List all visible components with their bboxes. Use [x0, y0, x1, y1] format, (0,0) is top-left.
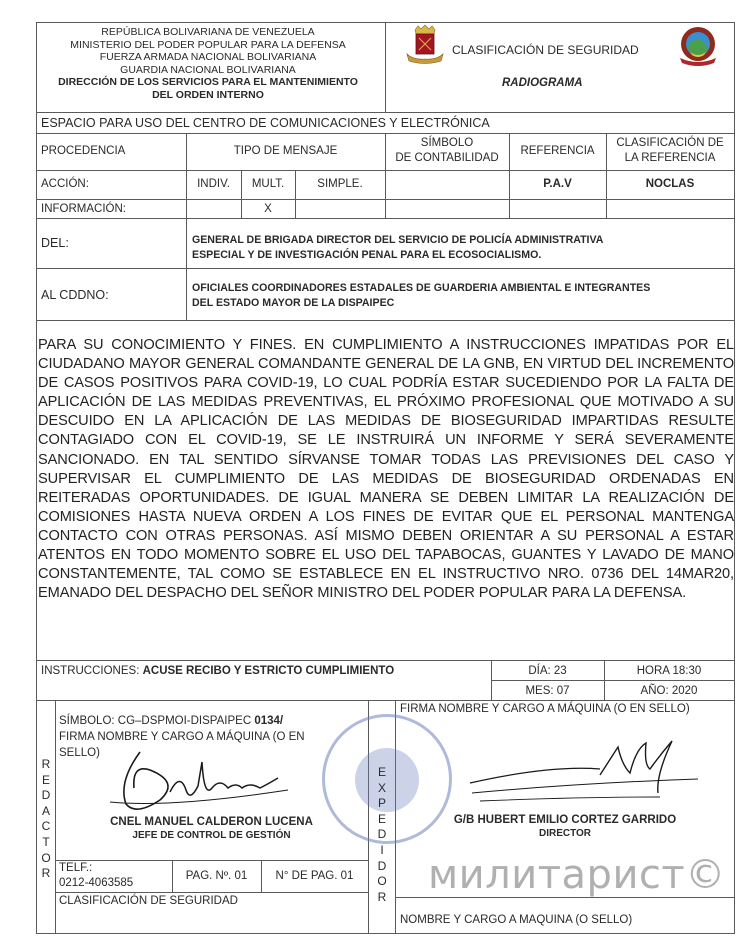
letter: R	[39, 866, 53, 882]
letter: D	[375, 827, 389, 843]
mult-check-mark: X	[241, 202, 295, 216]
mult-label: MULT.	[241, 177, 295, 191]
expedidor-nombre-cargo-label: NOMBRE Y CARGO A MAQUINA (O SELLO)	[400, 913, 632, 927]
redactor-vertical-label: R E D A C T O R	[39, 757, 53, 882]
letter: I	[375, 843, 389, 859]
message-body: PARA SU CONOCIMIENTO Y FINES. EN CUMPLIM…	[38, 336, 734, 603]
telf-value: 0212-4063585	[59, 876, 133, 890]
simbolo-label-2: DE CONTABILIDAD	[385, 151, 509, 165]
letter: E	[39, 773, 53, 789]
telf-label: TELF.:	[59, 861, 92, 875]
instrucciones-row: INSTRUCCIONES: ACUSE RECIBO Y ESTRICTO C…	[41, 664, 394, 678]
anio-value: AÑO: 2020	[604, 684, 734, 698]
hora-value: HORA 18:30	[604, 664, 734, 678]
expedidor-vertical-label: E X P E D I D O R	[375, 765, 389, 905]
referencia-label: REFERENCIA	[509, 144, 606, 158]
del-line-1: GENERAL DE BRIGADA DIRECTOR DEL SERVICIO…	[192, 233, 603, 247]
gnb-shield-emblem-icon	[403, 24, 447, 68]
tipo-mensaje-label: TIPO DE MENSAJE	[186, 144, 385, 158]
letter: C	[39, 819, 53, 835]
header-direccion-2: DEL ORDEN INTERNO	[38, 89, 378, 102]
letter: R	[39, 757, 53, 773]
header-direccion-1: DIRECCIÓN DE LOS SERVICIOS PARA EL MANTE…	[38, 76, 378, 89]
espacio-centro-comunicaciones: ESPACIO PARA USO DEL CENTRO DE COMUNICAC…	[41, 116, 490, 130]
redactor-clasificacion-seguridad: CLASIFICACIÓN DE SEGURIDAD	[59, 894, 238, 908]
expedidor-signature-icon	[460, 735, 710, 815]
clasificacion-referencia-label-2: LA REFERENCIA	[606, 151, 734, 165]
letter: D	[39, 788, 53, 804]
expedidor-cargo: DIRECTOR	[400, 827, 730, 841]
pagina-numero: PAG. Nº. 01	[172, 869, 261, 883]
letter: T	[39, 835, 53, 851]
redactor-name: CNEL MANUEL CALDERON LUCENA	[55, 815, 368, 829]
letter: E	[375, 765, 389, 781]
clasificacion-value: NOCLAS	[606, 177, 734, 191]
clasificacion-referencia-label-1: CLASIFICACIÓN DE	[606, 136, 734, 150]
letter: A	[39, 804, 53, 820]
header-fuerza-armada: FUERZA ARMADA NACIONAL BOLIVARIANA	[38, 51, 378, 64]
instrucciones-label: INSTRUCCIONES:	[41, 665, 143, 677]
letter: E	[375, 812, 389, 828]
mes-value: MES: 07	[491, 684, 604, 698]
simbolo-number: 0134/	[254, 715, 283, 727]
letter: R	[375, 890, 389, 906]
instrucciones-value: ACUSE RECIBO Y ESTRICTO CUMPLIMIENTO	[143, 665, 395, 677]
watermark-text: милитарист©	[428, 852, 726, 898]
del-label: DEL:	[41, 236, 69, 250]
header-republica: REPÚBLICA BOLIVARIANA DE VENEZUELA	[38, 26, 378, 39]
letter: D	[375, 859, 389, 875]
simple-label: SIMPLE.	[295, 177, 385, 191]
accion-label: ACCIÓN:	[41, 177, 89, 191]
redactor-cargo: JEFE DE CONTROL DE GESTIÓN	[55, 829, 368, 843]
letter: O	[39, 851, 53, 867]
letter: P	[375, 796, 389, 812]
header-ministerio: MINISTERIO DEL PODER POPULAR PARA LA DEF…	[38, 39, 378, 52]
simbolo-label-1: SÍMBOLO	[385, 136, 509, 150]
expedidor-name: G/B HUBERT EMILIO CORTEZ GARRIDO	[400, 813, 730, 827]
header-guardia: GUARDIA NACIONAL BOLIVARIANA	[38, 64, 378, 77]
numero-de-paginas: N° DE PAG. 01	[261, 869, 368, 883]
redactor-firma-label-2: SELLO)	[59, 746, 100, 760]
clasificacion-seguridad-heading: CLASIFICACIÓN DE SEGURIDAD	[452, 43, 639, 57]
del-line-2: ESPECIAL Y DE INVESTIGACIÓN PENAL PARA E…	[192, 248, 541, 262]
letter: O	[375, 874, 389, 890]
letter: X	[375, 781, 389, 797]
expedidor-firma-label: FIRMA NOMBRE Y CARGO A MÁQUINA (O EN SEL…	[400, 702, 690, 716]
referencia-value: P.A.V	[509, 177, 606, 191]
environment-guard-emblem-icon	[674, 24, 722, 70]
informacion-label: INFORMACIÓN:	[41, 202, 126, 216]
simbolo-code: SÍMBOLO: CG–DSPMOI-DISPAIPEC	[59, 715, 254, 727]
al-line-2: DEL ESTADO MAYOR DE LA DISPAIPEC	[192, 296, 394, 310]
document-type-title: RADIOGRAMA	[502, 76, 583, 90]
al-line-1: OFICIALES COORDINADORES ESTADALES DE GUA…	[192, 281, 650, 295]
al-cddno-label: AL CDDNO:	[41, 288, 109, 302]
dia-value: DÍA: 23	[491, 664, 604, 678]
simbolo-row: SÍMBOLO: CG–DSPMOI-DISPAIPEC 0134/	[59, 714, 283, 728]
procedencia-label: PROCEDENCIA	[41, 144, 125, 158]
indiv-label: INDIV.	[186, 177, 241, 191]
